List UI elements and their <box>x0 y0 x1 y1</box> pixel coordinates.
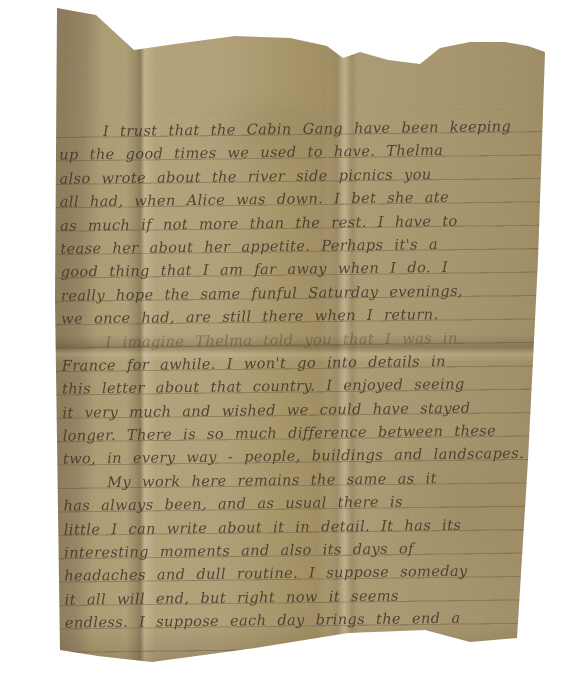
handwriting-text: little I can write about it in detail. I… <box>64 517 462 538</box>
handwriting-text: two, in every way - people, buildings an… <box>63 446 524 468</box>
handwriting-text: France for awhile. I won't go into detai… <box>62 354 446 375</box>
handwriting-text: endless. I suppose each day brings the e… <box>65 611 461 632</box>
handwriting-text: really hope the same funful Saturday eve… <box>61 283 463 304</box>
page-number: 2 <box>502 23 517 40</box>
handwriting-text: longer. There is so much difference betw… <box>63 423 497 444</box>
letter-paper: 2 I trust that the Cabin Gang have been … <box>0 0 561 680</box>
photo-backdrop: 2 I trust that the Cabin Gang have been … <box>0 0 561 680</box>
handwriting-text: tease her about her appetite. Perhaps it… <box>60 237 438 258</box>
handwriting-text: I imagine Thelma told you that I was in <box>105 330 457 350</box>
handwriting-text: we once had, are still there when I retu… <box>61 307 438 328</box>
handwriting-text: it very much and wished we could have st… <box>62 400 470 421</box>
handwriting-text: all had, when Alice was down. I bet she … <box>60 190 449 211</box>
handwriting-text: up the good times we used to have. Thelm… <box>59 143 443 164</box>
handwriting-text: also wrote about the river side picnics … <box>59 167 431 188</box>
handwriting-text: good thing that I am far away when I do.… <box>61 260 449 281</box>
letter-body: I trust that the Cabin Gang have been ke… <box>59 116 517 636</box>
handwriting-text: interesting moments and also its days of <box>64 541 414 561</box>
handwriting-text: this letter about that country. I enjoye… <box>62 377 465 398</box>
handwriting-text: it all will end, but right now it seems <box>65 588 399 608</box>
handwriting-text: headaches and dull routine. I suppose so… <box>64 564 467 585</box>
writing-layer: I trust that the Cabin Gang have been ke… <box>0 0 561 680</box>
handwriting-text: I trust that the Cabin Gang have been ke… <box>103 119 511 140</box>
handwriting-text: My work here remains the same as it <box>107 471 437 491</box>
handwriting-text: as much if not more than the rest. I hav… <box>60 213 458 234</box>
handwriting-text: has always been, and as usual there is <box>63 495 403 515</box>
